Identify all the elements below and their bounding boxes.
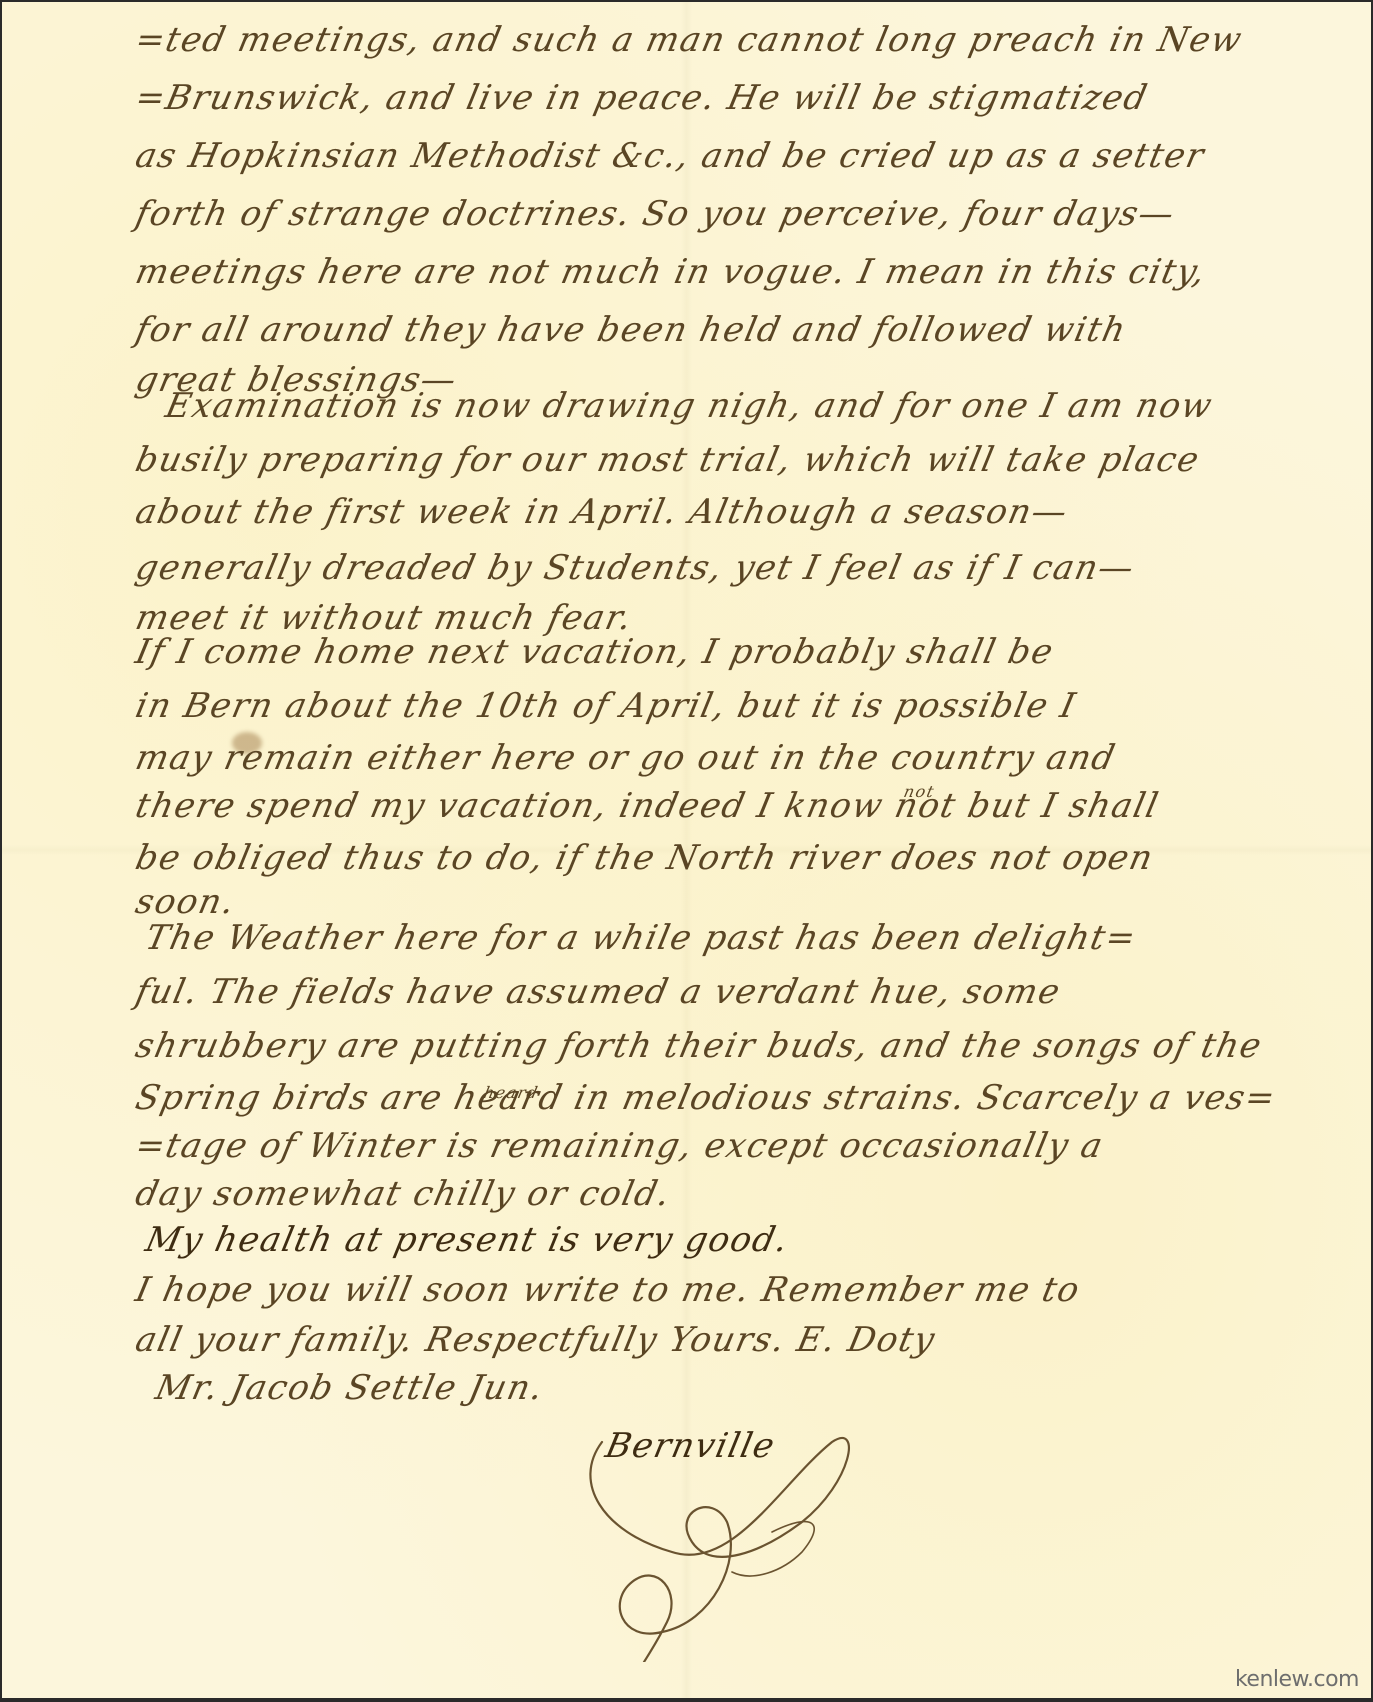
letter-page: =ted meetings, and such a man cannot lon…: [2, 2, 1371, 1701]
letter-line-25: My health at present is very good.: [142, 1220, 793, 1260]
letter-line-20: ful. The fields have assumed a verdant h…: [132, 972, 1065, 1012]
letter-line-5: meetings here are not much in vogue. I m…: [132, 252, 1210, 292]
decorative-flourish-icon: [562, 1422, 882, 1662]
letter-line-8: Examination is now drawing nigh, and for…: [162, 386, 1217, 426]
letter-line-15: may remain either here or go out in the …: [132, 738, 1120, 778]
watermark: kenlew.com: [1235, 1667, 1359, 1692]
letter-line-17: be obliged thus to do, if the North rive…: [132, 838, 1157, 878]
letter-line-18: soon.: [132, 882, 239, 922]
letter-line-14: in Bern about the 10th of April, but it …: [132, 686, 1080, 726]
letter-line-13: If I come home next vacation, I probably…: [132, 632, 1058, 672]
letter-line-10: about the first week in April. Although …: [132, 492, 1072, 532]
letter-line-22: Spring birds are heard in melodious stra…: [132, 1078, 1280, 1118]
letter-line-24: day somewhat chilly or cold.: [132, 1174, 675, 1214]
insertion-not: not: [902, 782, 1373, 801]
letter-line-27: all your family. Respectfully Yours. E. …: [132, 1320, 939, 1360]
letter-line-11: generally dreaded by Students, yet I fee…: [132, 548, 1139, 588]
letter-line-2: =Brunswick, and live in peace. He will b…: [132, 78, 1152, 118]
letter-line-3: as Hopkinsian Methodist &c., and be crie…: [132, 136, 1208, 176]
letter-line-23: =tage of Winter is remaining, except occ…: [132, 1126, 1107, 1166]
letter-line-19: The Weather here for a while past has be…: [142, 918, 1140, 958]
recipient-address: Mr. Jacob Settle Jun.: [152, 1368, 548, 1408]
letter-line-26: I hope you will soon write to me. Rememb…: [132, 1270, 1084, 1310]
letter-line-4: forth of strange doctrines. So you perce…: [132, 194, 1179, 234]
letter-line-21: shrubbery are putting forth their buds, …: [132, 1026, 1266, 1066]
letter-line-1: =ted meetings, and such a man cannot lon…: [132, 20, 1246, 60]
letter-line-9: busily preparing for our most trial, whi…: [132, 440, 1204, 480]
letter-line-6: for all around they have been held and f…: [132, 310, 1130, 350]
